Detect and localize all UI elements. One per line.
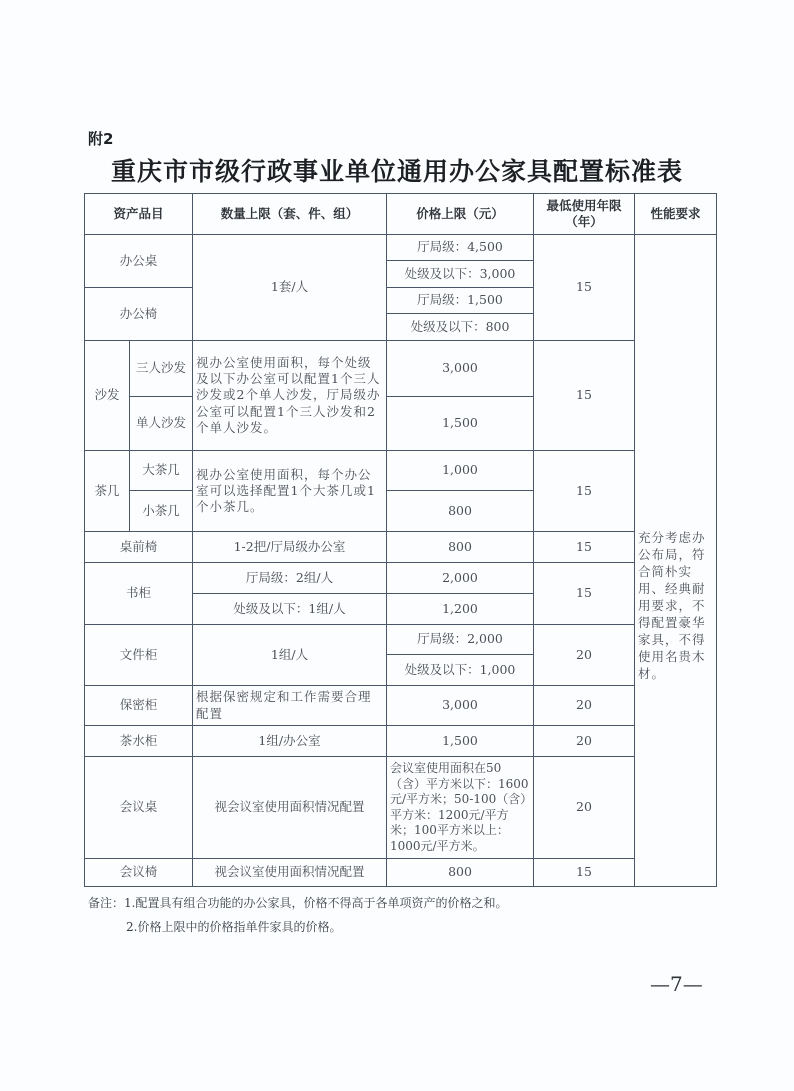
header-years-line1: 最低使用年限 bbox=[546, 198, 621, 214]
header-performance: 性能要求 bbox=[634, 193, 717, 235]
note-2: 2.价格上限中的价格指单件家具的价格。 bbox=[88, 915, 507, 939]
header-quantity: 数量上限（套、件、组） bbox=[192, 193, 387, 235]
page-number: —7— bbox=[650, 972, 703, 996]
item-tea-table: 茶几 bbox=[84, 450, 130, 532]
item-single-sofa: 单人沙发 bbox=[129, 396, 193, 451]
file-cabinet-price-bureau: 厅局级：2,000 bbox=[386, 624, 534, 655]
file-cabinet-years: 20 bbox=[533, 624, 635, 686]
bookcase-years: 15 bbox=[533, 562, 635, 625]
safe-cabinet-years: 20 bbox=[533, 685, 635, 726]
tea-table-quantity: 视办公室使用面积，每个办公室可以选择配置1个大茶几或1个小茶几。 bbox=[192, 450, 387, 532]
item-office-desk: 办公桌 bbox=[84, 234, 193, 288]
bookcase-quantity-division: 处级及以下：1组/人 bbox=[192, 593, 387, 625]
sofa-years: 15 bbox=[533, 340, 635, 451]
front-chair-quantity: 1-2把/厅局级办公室 bbox=[192, 531, 387, 563]
tea-cabinet-price: 1,500 bbox=[386, 725, 534, 757]
header-years-line2: （年） bbox=[565, 214, 603, 230]
header-item: 资产品目 bbox=[84, 193, 193, 235]
desk-chair-quantity: 1套/人 bbox=[192, 234, 387, 341]
chair-price-bureau: 厅局级：1,500 bbox=[386, 287, 534, 314]
conference-chair-quantity: 视会议室使用面积情况配置 bbox=[192, 858, 387, 887]
item-front-chair: 桌前椅 bbox=[84, 531, 193, 563]
item-safe-cabinet: 保密柜 bbox=[84, 685, 193, 726]
note-1: 备注：1.配置具有组合功能的办公家具，价格不得高于各单项资产的价格之和。 bbox=[88, 891, 507, 915]
small-tea-table-price: 800 bbox=[386, 490, 534, 532]
furniture-standards-table: 资产品目 数量上限（套、件、组） 价格上限（元） 最低使用年限 （年） 性能要求… bbox=[84, 193, 717, 887]
item-conference-chair: 会议椅 bbox=[84, 858, 193, 887]
item-large-tea-table: 大茶几 bbox=[129, 450, 193, 491]
chair-price-division: 处级及以下：800 bbox=[386, 313, 534, 341]
item-three-seat-sofa: 三人沙发 bbox=[129, 340, 193, 397]
conference-table-years: 20 bbox=[533, 756, 635, 859]
item-conference-table: 会议桌 bbox=[84, 756, 193, 859]
desk-price-bureau: 厅局级：4,500 bbox=[386, 234, 534, 261]
desk-price-division: 处级及以下：3,000 bbox=[386, 260, 534, 288]
conference-chair-price: 800 bbox=[386, 858, 534, 887]
tea-cabinet-quantity: 1组/办公室 bbox=[192, 725, 387, 757]
sofa-quantity: 视办公室使用面积，每个处级及以下办公室可以配置1个三人沙发或2个单人沙发，厅局级… bbox=[192, 340, 387, 451]
item-bookcase: 书柜 bbox=[84, 562, 193, 625]
conference-table-quantity: 视会议室使用面积情况配置 bbox=[192, 756, 387, 859]
conference-chair-years: 15 bbox=[533, 858, 635, 887]
desk-chair-years: 15 bbox=[533, 234, 635, 341]
bookcase-price-bureau: 2,000 bbox=[386, 562, 534, 594]
header-price: 价格上限（元） bbox=[386, 193, 534, 235]
front-chair-years: 15 bbox=[533, 531, 635, 563]
single-sofa-price: 1,500 bbox=[386, 396, 534, 451]
safe-cabinet-price: 3,000 bbox=[386, 685, 534, 726]
bookcase-quantity-bureau: 厅局级：2组/人 bbox=[192, 562, 387, 594]
tea-cabinet-years: 20 bbox=[533, 725, 635, 757]
item-small-tea-table: 小茶几 bbox=[129, 490, 193, 532]
notes: 备注：1.配置具有组合功能的办公家具，价格不得高于各单项资产的价格之和。 2.价… bbox=[88, 891, 507, 939]
performance-text: 充分考虑办公布局，符合简朴实用、经典耐用要求，不得配置豪华家具，不得使用名贵木材… bbox=[635, 529, 716, 682]
document-title: 重庆市市级行政事业单位通用办公家具配置标准表 bbox=[0, 152, 794, 188]
front-chair-price: 800 bbox=[386, 531, 534, 563]
annex-label: 附2 bbox=[88, 128, 113, 149]
bookcase-price-division: 1,200 bbox=[386, 593, 534, 625]
performance-requirements: 充分考虑办公布局，符合简朴实用、经典耐用要求，不得配置豪华家具，不得使用名贵木材… bbox=[634, 234, 717, 887]
item-sofa: 沙发 bbox=[84, 340, 130, 451]
header-years: 最低使用年限 （年） bbox=[533, 193, 635, 235]
item-office-chair: 办公椅 bbox=[84, 287, 193, 341]
item-tea-cabinet: 茶水柜 bbox=[84, 725, 193, 757]
safe-cabinet-quantity: 根据保密规定和工作需要合理配置 bbox=[192, 685, 387, 726]
tea-table-years: 15 bbox=[533, 450, 635, 532]
large-tea-table-price: 1,000 bbox=[386, 450, 534, 491]
conference-table-price: 会议室使用面积在50（含）平方米以下：1600元/平方米；50-100（含）平方… bbox=[386, 756, 534, 859]
file-cabinet-quantity: 1组/人 bbox=[192, 624, 387, 686]
file-cabinet-price-division: 处级及以下：1,000 bbox=[386, 654, 534, 686]
three-seat-sofa-price: 3,000 bbox=[386, 340, 534, 397]
item-file-cabinet: 文件柜 bbox=[84, 624, 193, 686]
